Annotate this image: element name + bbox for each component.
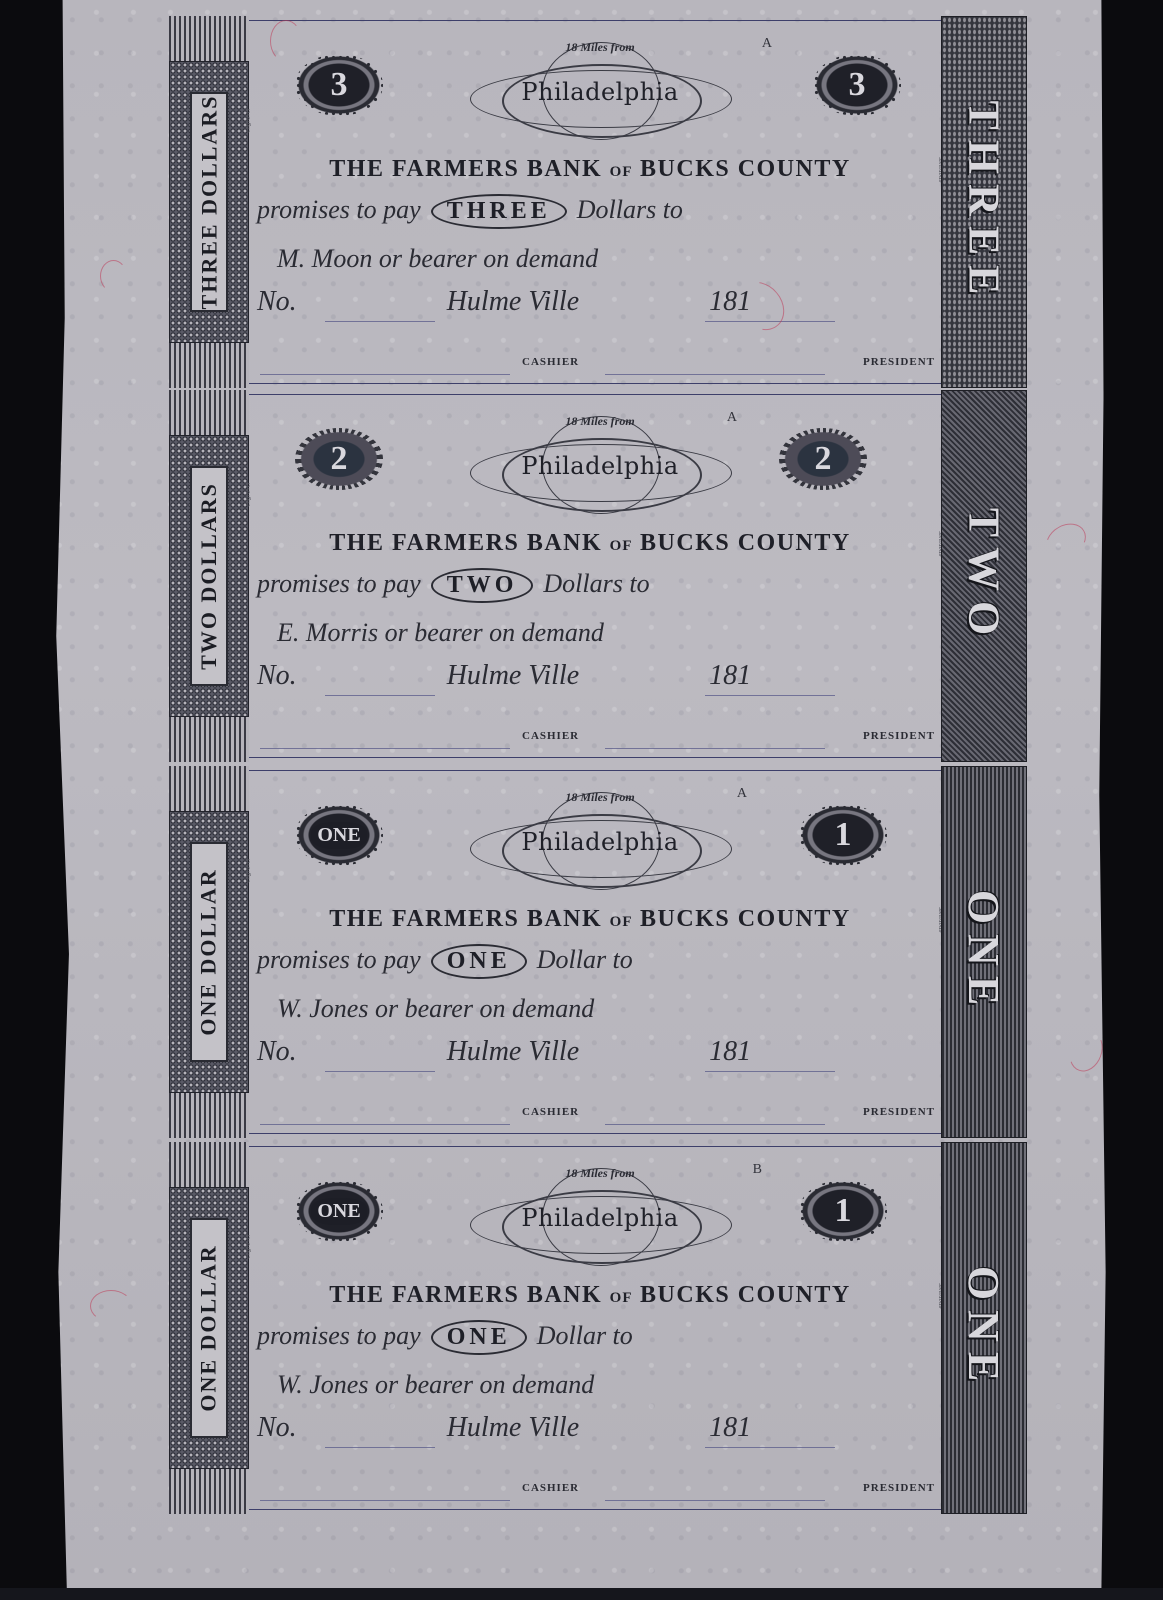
vignette-left: 2 — [295, 428, 383, 490]
cashier-label: CASHIER — [522, 730, 579, 742]
vignette-numeral: 3 — [849, 66, 866, 104]
left-panel-label: ONE DOLLAR — [196, 868, 222, 1035]
president-label: PRESIDENT — [863, 356, 935, 368]
engraver-imprint: engraver — [244, 107, 252, 132]
stripe-ornament — [169, 1142, 249, 1187]
right-denomination-panel: ONE — [941, 1142, 1027, 1514]
right-panel-label: ONE — [959, 1265, 1010, 1390]
series-letter: A — [762, 36, 772, 52]
seal-city: Philadelphia — [450, 452, 750, 480]
seal-city: Philadelphia — [450, 1204, 750, 1232]
bank-note-one-dollar-a: ONE DOLLAR engraver ONE A 1 18 Miles fro… — [165, 766, 1027, 1138]
right-denomination-panel: TWO — [941, 390, 1027, 762]
vignette-right: 1 — [799, 804, 887, 866]
amount-cartouche: ONE — [431, 1320, 527, 1355]
stripe-ornament — [169, 390, 249, 435]
bank-name: THE FARMERS BANK OF BUCKS COUNTY — [280, 156, 900, 183]
seal-distance: 18 Miles from — [450, 40, 750, 55]
vignette-numeral: 1 — [835, 1192, 852, 1230]
bank-name: THE FARMERS BANK OF BUCKS COUNTY — [280, 530, 900, 557]
vignette-left: ONE — [295, 804, 383, 866]
bank-note-two-dollars: TWO DOLLARS engraver 2 A 2 18 Miles from… — [165, 390, 1027, 762]
seal-city: Philadelphia — [450, 828, 750, 856]
vignette-word: ONE — [311, 1198, 366, 1225]
stripe-ornament — [169, 16, 249, 61]
promise-line: promises to payTHREEDollars to — [257, 194, 917, 229]
stripe-ornament — [169, 717, 249, 762]
philadelphia-seal: 18 Miles from Philadelphia — [450, 36, 750, 146]
vignette-left: ONE — [295, 1180, 383, 1242]
president-label: PRESIDENT — [863, 730, 935, 742]
left-panel-label: THREE DOLLARS — [196, 95, 222, 310]
place-date-line: No.Hulme Ville181 — [257, 660, 917, 692]
guilloche-border: ONE DOLLAR — [169, 811, 249, 1093]
guilloche-border: ONE DOLLAR — [169, 1187, 249, 1469]
seal-distance: 18 Miles from — [450, 790, 750, 805]
place-date-line: No.Hulme Ville181 — [257, 286, 917, 318]
paper-fiber — [270, 20, 302, 62]
promise-line: promises to payTWODollars to — [257, 568, 917, 603]
vignette-numeral: 3 — [331, 66, 348, 104]
guilloche-border: TWO DOLLARS — [169, 435, 249, 717]
right-panel-label: THREE — [959, 100, 1010, 304]
left-denomination-panel: ONE DOLLAR — [169, 766, 249, 1138]
paper-fiber — [100, 260, 127, 292]
promise-line: promises to payONEDollar to — [257, 1320, 917, 1355]
engraver-imprint: engraver — [244, 857, 252, 882]
promise-line: promises to payONEDollar to — [257, 944, 917, 979]
bank-note-one-dollar-b: ONE DOLLAR engraver ONE B 1 18 Miles fro… — [165, 1142, 1027, 1514]
place-date-line: No.Hulme Ville181 — [257, 1036, 917, 1068]
place-date-line: No.Hulme Ville181 — [257, 1412, 917, 1444]
payee-line: W. Jones or bearer on demand — [277, 1370, 917, 1400]
bank-note-three-dollars: THREE DOLLARS engraver 3 A 3 18 Miles fr… — [165, 16, 1027, 388]
guilloche-border: THREE DOLLARS — [169, 61, 249, 343]
vignette-numeral: 1 — [835, 816, 852, 854]
right-panel-label: ONE — [959, 889, 1010, 1014]
left-denomination-panel: TWO DOLLARS — [169, 390, 249, 762]
vignette-word: ONE — [311, 822, 366, 849]
cashier-label: CASHIER — [522, 1106, 579, 1118]
philadelphia-seal: 18 Miles from Philadelphia — [450, 410, 750, 520]
amount-cartouche: THREE — [431, 194, 567, 229]
bank-name: THE FARMERS BANK OF BUCKS COUNTY — [280, 906, 900, 933]
left-denomination-panel: ONE DOLLAR — [169, 1142, 249, 1514]
seal-distance: 18 Miles from — [450, 1166, 750, 1181]
amount-cartouche: TWO — [431, 568, 534, 603]
vignette-right: 3 — [813, 54, 901, 116]
right-denomination-panel: THREE — [941, 16, 1027, 388]
stripe-ornament — [169, 766, 249, 811]
left-denomination-panel: THREE DOLLARS — [169, 16, 249, 388]
vignette-left: 3 — [295, 54, 383, 116]
vignette-numeral: 2 — [331, 440, 348, 478]
president-label: PRESIDENT — [863, 1482, 935, 1494]
bank-name: THE FARMERS BANK OF BUCKS COUNTY — [280, 1282, 900, 1309]
right-panel-label: TWO — [959, 507, 1010, 645]
seal-city: Philadelphia — [450, 78, 750, 106]
vignette-numeral: 2 — [815, 440, 832, 478]
stripe-ornament — [169, 343, 249, 388]
cashier-label: CASHIER — [522, 356, 579, 368]
vignette-right: 2 — [779, 428, 867, 490]
paper-fiber — [90, 1290, 132, 1322]
left-panel-label: TWO DOLLARS — [196, 482, 222, 670]
engraver-imprint: engraver — [244, 1233, 252, 1258]
series-letter: B — [753, 1162, 762, 1178]
stripe-ornament — [169, 1469, 249, 1514]
philadelphia-seal: 18 Miles from Philadelphia — [450, 786, 750, 896]
right-denomination-panel: ONE — [941, 766, 1027, 1138]
scan-edge — [0, 1588, 1163, 1600]
vignette-right: 1 — [799, 1180, 887, 1242]
payee-line: W. Jones or bearer on demand — [277, 994, 917, 1024]
engraver-imprint: engraver — [244, 481, 252, 506]
cashier-label: CASHIER — [522, 1482, 579, 1494]
president-label: PRESIDENT — [863, 1106, 935, 1118]
amount-cartouche: ONE — [431, 944, 527, 979]
stripe-ornament — [169, 1093, 249, 1138]
seal-distance: 18 Miles from — [450, 414, 750, 429]
left-panel-label: ONE DOLLAR — [196, 1244, 222, 1411]
payee-line: E. Morris or bearer on demand — [277, 618, 917, 648]
payee-line: M. Moon or bearer on demand — [277, 244, 917, 274]
philadelphia-seal: 18 Miles from Philadelphia — [450, 1162, 750, 1272]
